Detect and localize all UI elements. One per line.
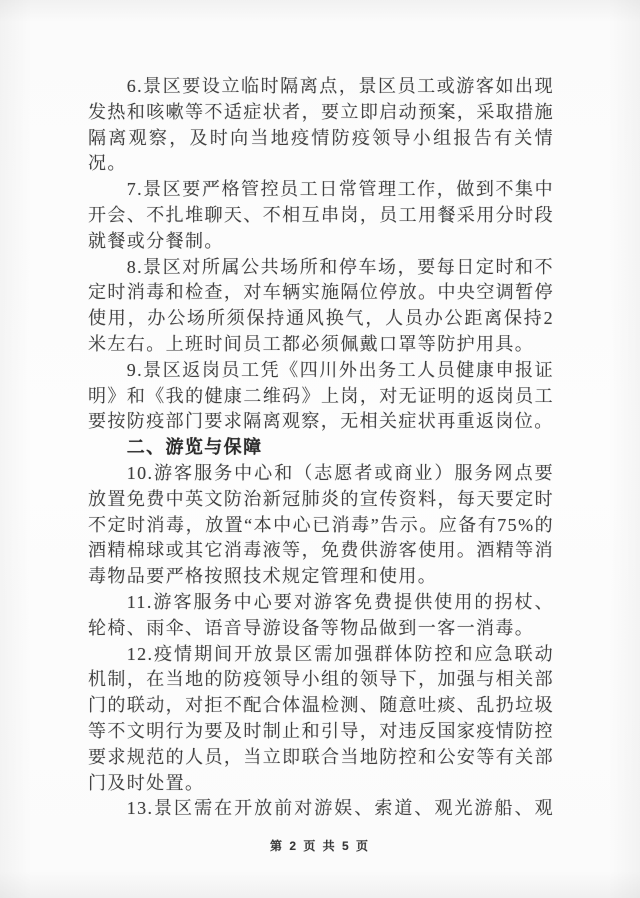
paragraph-12: 12.疫情期间开放景区需加强群体防控和应急联动机制，在当地的防疫领导小组的领导下… [88,642,554,797]
page-footer: 第 2 页 共 5 页 [0,837,640,854]
paragraph-11: 11.游客服务中心要对游客免费提供使用的拐杖、轮椅、雨伞、语音导游设备等物品做到… [88,590,554,642]
document-body: 6.景区要设立临时隔离点，景区员工或游客如出现发热和咳嗽等不适症状者，要立即启动… [88,74,554,822]
paragraph-9: 9.景区返岗员工凭《四川外出务工人员健康申报证明》和《我的健康二维码》上岗，对无… [88,358,554,435]
paragraph-13: 13.景区需在开放前对游娱、索道、观光游船、观 [88,796,554,822]
paragraph-7: 7.景区要严格管控员工日常管理工作，做到不集中开会、不扎堆聊天、不相互串岗，员工… [88,177,554,254]
section-heading: 二、游览与保障 [88,435,554,461]
paragraph-10: 10.游客服务中心和（志愿者或商业）服务网点要放置免费中英文防治新冠肺炎的宣传资… [88,461,554,590]
paragraph-8: 8.景区对所属公共场所和停车场，要每日定时和不定时消毒和检查，对车辆实施隔位停放… [88,255,554,358]
paragraph-6: 6.景区要设立临时隔离点，景区员工或游客如出现发热和咳嗽等不适症状者，要立即启动… [88,74,554,177]
document-page: 6.景区要设立临时隔离点，景区员工或游客如出现发热和咳嗽等不适症状者，要立即启动… [0,0,640,898]
